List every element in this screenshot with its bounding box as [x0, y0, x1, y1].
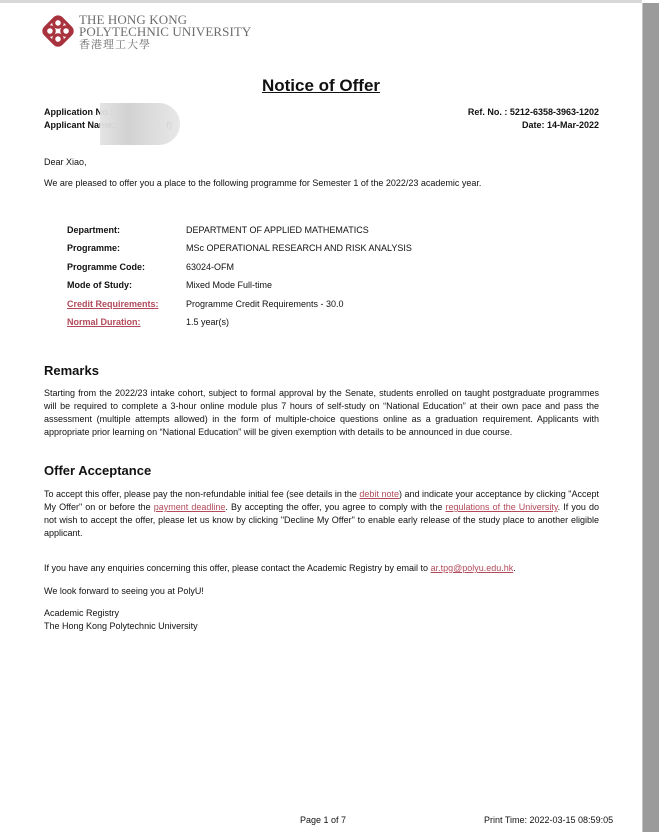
- email-link[interactable]: ar.tpg@polyu.edu.hk: [431, 563, 514, 573]
- detail-value-programme-code: 63024-OFM: [186, 262, 234, 272]
- detail-label-mode-of-study: Mode of Study:: [67, 280, 132, 290]
- detail-value-mode-of-study: Mixed Mode Full-time: [186, 280, 272, 290]
- document-page: The Hong Kong Polytechnic University 香港理…: [0, 3, 642, 832]
- page-number: Page 1 of 7: [300, 815, 346, 825]
- polyu-logo-icon: [39, 12, 77, 50]
- university-name-line2: Polytechnic University: [79, 26, 251, 38]
- detail-label-department: Department:: [67, 225, 120, 235]
- document-title: Notice of Offer: [0, 76, 642, 96]
- detail-value-normal-duration: 1.5 year(s): [186, 317, 229, 327]
- normal-duration-link[interactable]: Normal Duration:: [67, 317, 141, 327]
- print-time: Print Time: 2022-03-15 08:59:05: [484, 815, 613, 825]
- contact-text: If you have any enquiries concerning thi…: [44, 563, 516, 573]
- remarks-heading: Remarks: [44, 363, 99, 378]
- offer-acceptance-heading: Offer Acceptance: [44, 463, 151, 478]
- regulations-link[interactable]: regulations of the University: [445, 502, 557, 512]
- closing-line: We look forward to seeing you at PolyU!: [44, 586, 204, 596]
- greeting: Dear Xiao,: [44, 157, 87, 167]
- detail-value-department: DEPARTMENT OF APPLIED MATHEMATICS: [186, 225, 369, 235]
- university-name: The Hong Kong Polytechnic University 香港理…: [79, 14, 251, 51]
- acceptance-text-1: To accept this offer, please pay the non…: [44, 489, 359, 499]
- university-name-chinese: 香港理工大學: [79, 39, 251, 51]
- contact-message: If you have any enquiries concerning thi…: [44, 563, 431, 573]
- payment-deadline-link[interactable]: payment deadline: [154, 502, 226, 512]
- acceptance-text-3: . By accepting the offer, you agree to c…: [225, 502, 445, 512]
- signature-university: The Hong Kong Polytechnic University: [44, 621, 198, 631]
- remarks-text: Starting from the 2022/23 intake cohort,…: [44, 387, 599, 439]
- scrollbar-panel[interactable]: [642, 3, 659, 832]
- offer-date: Date: 14-Mar-2022: [522, 120, 599, 130]
- detail-label-programme: Programme:: [67, 243, 120, 253]
- offer-acceptance-text: To accept this offer, please pay the non…: [44, 488, 599, 540]
- contact-end: .: [513, 563, 516, 573]
- detail-value-programme: MSc OPERATIONAL RESEARCH AND RISK ANALYS…: [186, 243, 412, 253]
- detail-label-programme-code: Programme Code:: [67, 262, 145, 272]
- debit-note-link[interactable]: debit note: [359, 489, 399, 499]
- reference-number: Ref. No. : 5212-6358-3963-1202: [468, 107, 599, 117]
- intro-text: We are pleased to offer you a place to t…: [44, 178, 481, 188]
- detail-value-credit-requirements: Programme Credit Requirements - 30.0: [186, 299, 344, 309]
- signature-registry: Academic Registry: [44, 608, 119, 618]
- redacted-region: [100, 103, 180, 145]
- credit-requirements-link[interactable]: Credit Requirements:: [67, 299, 159, 309]
